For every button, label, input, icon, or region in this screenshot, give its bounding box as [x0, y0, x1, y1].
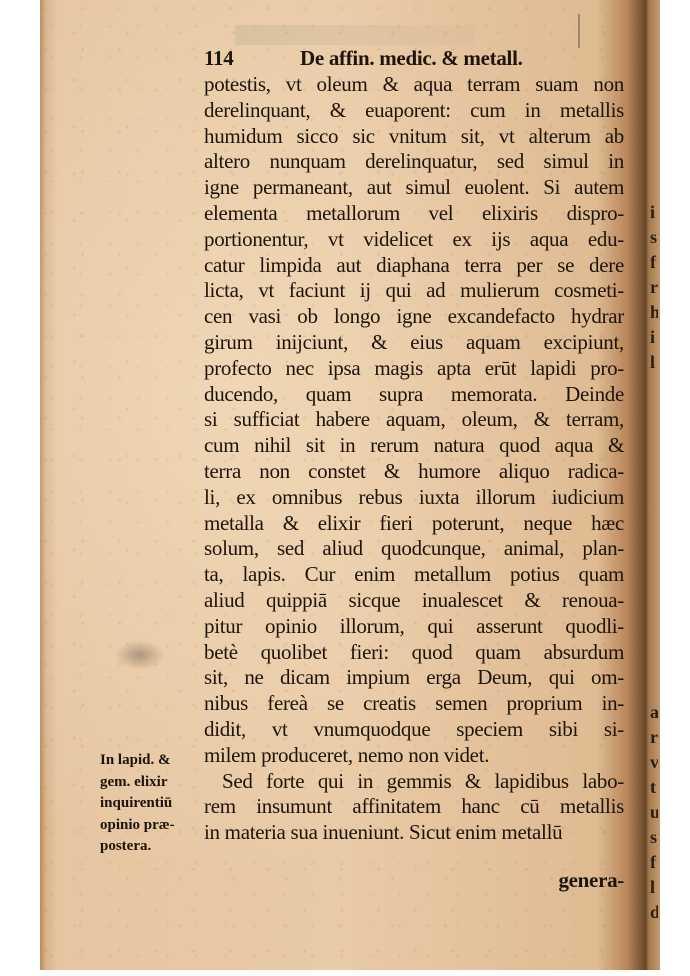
- text-line: catur limpida aut diaphana terra per se …: [204, 253, 624, 279]
- text-line: in materia sua inueniunt. Sicut enim met…: [204, 820, 624, 846]
- facing-page-fragment: f: [650, 250, 658, 275]
- text-block: 114 De affin. medic. & metall. potestis,…: [204, 46, 624, 894]
- text-line: cum nihil sit in rerum natura quod aqua …: [204, 433, 624, 459]
- running-head: 114 De affin. medic. & metall.: [204, 46, 624, 72]
- facing-page-fragment: u: [650, 800, 658, 825]
- text-line: solum, sed aliud quodcunque, animal, pla…: [204, 536, 624, 562]
- text-line: didit, vt vnumquodque speciem sibi si-: [204, 717, 624, 743]
- text-line: igne permaneant, aut simul euolent. Si a…: [204, 175, 624, 201]
- facing-page-fragment: [650, 550, 658, 575]
- facing-page-fragment: [650, 375, 658, 400]
- ink-smudge: [115, 640, 165, 670]
- text-line: portionentur, vt videlicet ex ijs aqua e…: [204, 227, 624, 253]
- facing-page-fragment: [650, 475, 658, 500]
- facing-page-fragment: [650, 625, 658, 650]
- facing-page-fragment: r: [650, 275, 658, 300]
- text-line: elementa metallorum vel elixiris dispro-: [204, 201, 624, 227]
- facing-page-fragment: a: [650, 700, 658, 725]
- text-line: nibus fereà se creatis semen proprium in…: [204, 691, 624, 717]
- text-line: aliud quippiā sicque inualescet & renoua…: [204, 588, 624, 614]
- marginal-note-line: opinio præ-: [100, 815, 200, 837]
- text-line: si sufficiat habere aquam, oleum, & terr…: [204, 407, 624, 433]
- facing-page-fragment: [650, 500, 658, 525]
- text-line: ta, lapis. Cur enim metallum potius quam: [204, 562, 624, 588]
- facing-page-fragment: [650, 675, 658, 700]
- text-line: pitur opinio illorum, qui asserunt quodl…: [204, 614, 624, 640]
- text-line: profecto nec ipsa magis apta erūt lapidi…: [204, 356, 624, 382]
- facing-page-fragment: l: [650, 875, 658, 900]
- facing-page-fragment: [650, 575, 658, 600]
- marginal-note-line: In lapid. &: [100, 750, 200, 772]
- text-line: cen vasi ob longo igne excandefacto hydr…: [204, 304, 624, 330]
- text-line: rem insumunt affinitatem hanc cū metalli…: [204, 794, 624, 820]
- facing-page-fragment: r: [650, 725, 658, 750]
- text-line: sit, ne dicam impium erga Deum, qui om-: [204, 665, 624, 691]
- marginal-note-line: postera.: [100, 836, 200, 858]
- facing-page-fragment: v: [650, 750, 658, 775]
- facing-page-fragment: f: [650, 850, 658, 875]
- text-line: Sed forte qui in gemmis & lapidibus labo…: [204, 769, 624, 795]
- page-number: 114: [204, 46, 300, 72]
- running-title: De affin. medic. & metall.: [300, 46, 523, 72]
- text-line: humidum sicco sic vnitum sit, vt alterum…: [204, 124, 624, 150]
- facing-page-fragment: [650, 600, 658, 625]
- text-line: metalla & elixir fieri poterunt, neque h…: [204, 511, 624, 537]
- text-line: terra non constet & humore aliquo radica…: [204, 459, 624, 485]
- facing-page-fragment: s: [650, 825, 658, 850]
- facing-page-fragment: i: [650, 200, 658, 225]
- facing-page-fragment: [650, 525, 658, 550]
- facing-page-fragment: [650, 425, 658, 450]
- marginal-note: In lapid. &gem. elixirinquirentiūopinio …: [100, 750, 200, 858]
- facing-page-fragment: l: [650, 350, 658, 375]
- text-line: derelinquant, & euaporent: cum in metall…: [204, 98, 624, 124]
- marginal-note-line: inquirentiū: [100, 793, 200, 815]
- facing-page-fragment: i: [650, 325, 658, 350]
- facing-page-fragment: t: [650, 775, 658, 800]
- pencil-mark: [578, 14, 580, 48]
- ink-show-through: [235, 25, 475, 45]
- text-line: licta, vt faciunt ij qui ad mulierum cos…: [204, 278, 624, 304]
- facing-page-fragment: d: [650, 900, 658, 925]
- facing-page-fragment: [650, 400, 658, 425]
- text-line: altero nunquam derelinquatur, sed simul …: [204, 149, 624, 175]
- text-line: ducendo, quam supra memorata. Deinde: [204, 382, 624, 408]
- facing-page-fragment: [650, 450, 658, 475]
- text-line: milem produceret, nemo non videt.: [204, 743, 624, 769]
- facing-page-fragment: h: [650, 300, 658, 325]
- facing-page-fragment: [650, 650, 658, 675]
- text-line: betè quolibet fieri: quod quam absurdum: [204, 640, 624, 666]
- catchword: genera-: [204, 868, 624, 894]
- body-text: potestis, vt oleum & aqua terram suam no…: [204, 72, 624, 846]
- marginal-note-line: gem. elixir: [100, 772, 200, 794]
- facing-page-text: isfrhilarvtusfld: [650, 200, 660, 925]
- facing-page-fragment: s: [650, 225, 658, 250]
- text-line: girum inijciunt, & eius aquam excipiunt,: [204, 330, 624, 356]
- text-line: li, ex omnibus rebus iuxta illorum iudic…: [204, 485, 624, 511]
- text-line: potestis, vt oleum & aqua terram suam no…: [204, 72, 624, 98]
